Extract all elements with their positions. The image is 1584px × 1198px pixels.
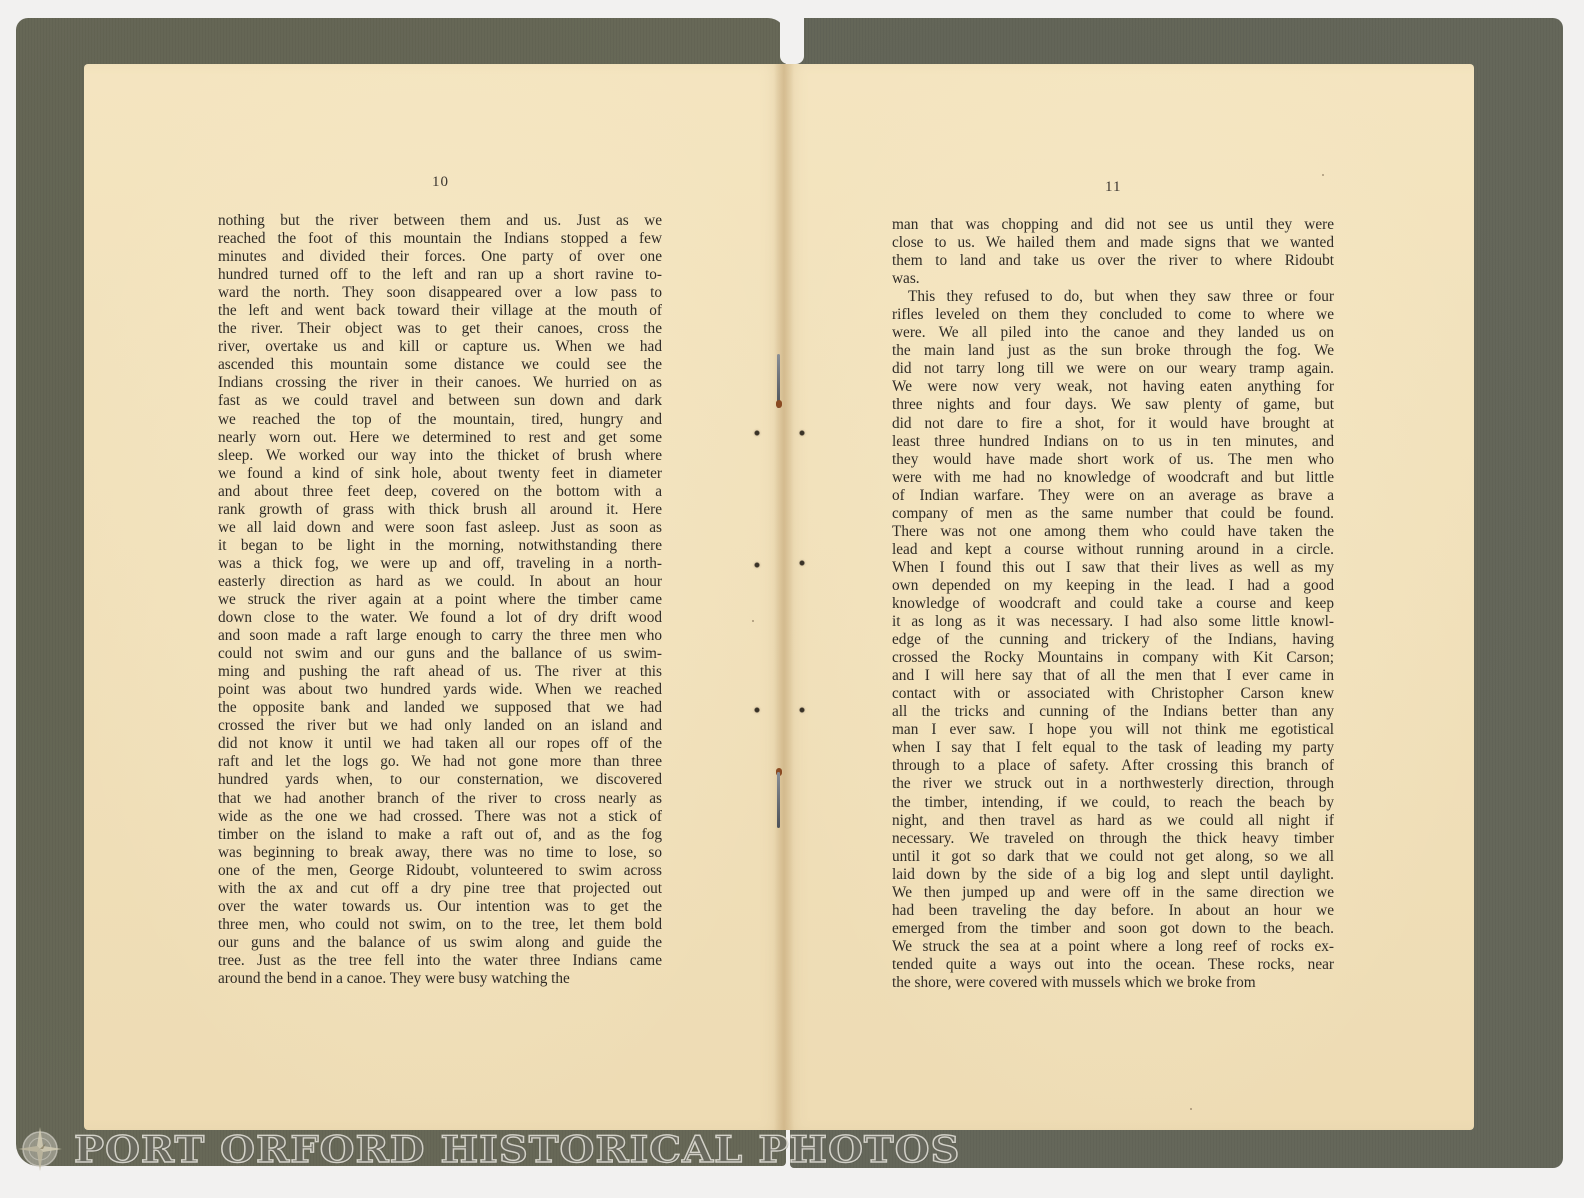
- text-line: did not dare to fire a shot, for it woul…: [892, 415, 1334, 433]
- text-line: and about three feet deep, covered on th…: [218, 483, 662, 501]
- text-line: were with me had no knowledge of woodcra…: [892, 469, 1334, 487]
- text-line: own depended on my keeping in the lead. …: [892, 577, 1334, 595]
- text-line: contact with or associated with Christop…: [892, 685, 1334, 703]
- cover-tear: [780, 14, 804, 64]
- spine-fold: [774, 64, 794, 1130]
- text-line: we found a kind of sink hole, about twen…: [218, 465, 662, 483]
- text-line: all the tricks and cunning of the Indian…: [892, 703, 1334, 721]
- text-line: tended quite a ways out into the ocean. …: [892, 956, 1334, 974]
- text-line: laid down by the side of a big log and s…: [892, 866, 1334, 884]
- text-line: man that was chopping and did not see us…: [892, 216, 1334, 234]
- text-line: rifles leveled on them they concluded to…: [892, 306, 1334, 324]
- text-line: knowledge of woodcraft and could take a …: [892, 595, 1334, 613]
- text-line: was a thick fog, we were up and off, tra…: [218, 555, 662, 573]
- text-line: minutes and divided their forces. One pa…: [218, 248, 662, 266]
- text-line: the opposite bank and landed we supposed…: [218, 699, 662, 717]
- text-line: we reached the top of the mountain, tire…: [218, 411, 662, 429]
- text-line: emerged from the timber and soon got dow…: [892, 920, 1334, 938]
- text-line: necessary. We traveled on through the th…: [892, 830, 1334, 848]
- text-line: we all laid down and were soon fast asle…: [218, 519, 662, 537]
- text-line: did not know it until we had taken all o…: [218, 735, 662, 753]
- text-line: three men, who could not swim, on to the…: [218, 916, 662, 934]
- text-line: them to land and take us over the river …: [892, 252, 1334, 270]
- text-line: ming and pushing the raft ahead of us. T…: [218, 663, 662, 681]
- text-line: of Indian warfare. They were on an avera…: [892, 487, 1334, 505]
- text-line: tree. Just as the tree fell into the wat…: [218, 952, 662, 970]
- text-line: point was about two hundred yards wide. …: [218, 681, 662, 699]
- text-line: that we had another branch of the river …: [218, 790, 662, 808]
- paper-speck: [1190, 1108, 1192, 1110]
- text-line: was.: [892, 270, 1334, 288]
- text-line: rank growth of grass with thick brush al…: [218, 501, 662, 519]
- text-line: did not tarry long till we were on our w…: [892, 360, 1334, 378]
- text-line: we struck the river again at a point whe…: [218, 591, 662, 609]
- text-line: were. We all piled into the canoe and th…: [892, 324, 1334, 342]
- text-line: ascended this mountain some distance we …: [218, 356, 662, 374]
- compass-rose-icon: [16, 1125, 64, 1173]
- text-line: and soon made a raft large enough to car…: [218, 627, 662, 645]
- text-line: crossed the river but we had only landed…: [218, 717, 662, 735]
- text-line: over the water towards us. Our intention…: [218, 898, 662, 916]
- text-line: edge of the cunning and trickery of the …: [892, 631, 1334, 649]
- page-number-left: 10: [432, 174, 449, 191]
- text-line: reached the foot of this mountain the In…: [218, 230, 662, 248]
- text-line: easterly direction as hard as we could. …: [218, 573, 662, 591]
- text-line: least three hundred Indians on to us in …: [892, 433, 1334, 451]
- text-line: When I found this out I saw that their l…: [892, 559, 1334, 577]
- text-line: they would have made short work of us. T…: [892, 451, 1334, 469]
- text-line: until it got so dark that we could not g…: [892, 848, 1334, 866]
- text-line: We were now very weak, not having eaten …: [892, 378, 1334, 396]
- text-line: crossed the Rocky Mountains in company w…: [892, 649, 1334, 667]
- text-line: one of the men, George Ridoubt, voluntee…: [218, 862, 662, 880]
- text-line: the river we struck out in a northwester…: [892, 775, 1334, 793]
- staple-bottom: [777, 772, 780, 828]
- text-line: down close to the water. We found a lot …: [218, 609, 662, 627]
- text-line: sleep. We worked our way into the thicke…: [218, 447, 662, 465]
- text-line: and I will here say that of all the men …: [892, 667, 1334, 685]
- text-line: it began to be light in the morning, not…: [218, 537, 662, 555]
- text-line: could not swim and our guns and the ball…: [218, 645, 662, 663]
- stitch-hole: [752, 560, 762, 570]
- text-line: hundred turned off to the left and ran u…: [218, 266, 662, 284]
- text-line: ward the north. They soon disappeared ov…: [218, 284, 662, 302]
- text-line: was beginning to break away, there was n…: [218, 844, 662, 862]
- text-line: nothing but the river between them and u…: [218, 212, 662, 230]
- text-line: the timber, intending, if we could, to r…: [892, 794, 1334, 812]
- text-line: three nights and four days. We saw plent…: [892, 396, 1334, 414]
- text-line: the left and went back toward their vill…: [218, 302, 662, 320]
- watermark: PORT ORFORD HISTORICAL PHOTOS: [16, 1124, 960, 1174]
- stitch-hole: [797, 705, 807, 715]
- text-line: We then jumped up and were off in the sa…: [892, 884, 1334, 902]
- text-line: fast as we could travel and between sun …: [218, 392, 662, 410]
- text-line: company of men as the same number that c…: [892, 505, 1334, 523]
- text-line: There was not one among them who could h…: [892, 523, 1334, 541]
- text-line: lead and kept a course without running a…: [892, 541, 1334, 559]
- text-line: had been traveling the day before. In ab…: [892, 902, 1334, 920]
- text-line: when I say that I felt equal to the task…: [892, 739, 1334, 757]
- text-line: with the ax and cut off a dry pine tree …: [218, 880, 662, 898]
- text-line: it as long as it was necessary. I had al…: [892, 613, 1334, 631]
- text-line: wide as the one we had crossed. There wa…: [218, 808, 662, 826]
- paper-speck: [752, 620, 754, 622]
- text-line: the shore, were covered with mussels whi…: [892, 974, 1334, 992]
- text-line: close to us. We hailed them and made sig…: [892, 234, 1334, 252]
- stitch-hole: [797, 428, 807, 438]
- text-line: the main land just as the sun broke thro…: [892, 342, 1334, 360]
- text-line: This they refused to do, but when they s…: [892, 288, 1334, 306]
- stitch-hole: [752, 428, 762, 438]
- text-line: through to a place of safety. After cros…: [892, 757, 1334, 775]
- text-line: man I ever saw. I hope you will not thin…: [892, 721, 1334, 739]
- paper-speck: [1322, 174, 1324, 176]
- text-line: our guns and the balance of us swim alon…: [218, 934, 662, 952]
- text-line: We struck the sea at a point where a lon…: [892, 938, 1334, 956]
- text-line: around the bend in a canoe. They were bu…: [218, 970, 662, 988]
- text-line: Indians crossing the river in their cano…: [218, 374, 662, 392]
- text-line: hundred yards when, to our consternation…: [218, 771, 662, 789]
- page-number-right: 11: [1105, 179, 1121, 196]
- text-line: river, overtake us and kill or capture u…: [218, 338, 662, 356]
- watermark-text: PORT ORFORD HISTORICAL PHOTOS: [74, 1127, 960, 1170]
- text-line: the river. Their object was to get their…: [218, 320, 662, 338]
- stitch-hole: [797, 558, 807, 568]
- right-page-text: man that was chopping and did not see us…: [892, 216, 1334, 992]
- text-line: nearly worn out. Here we determined to r…: [218, 429, 662, 447]
- text-line: raft and let the logs go. We had not gon…: [218, 753, 662, 771]
- text-line: night, and then travel as hard as we cou…: [892, 812, 1334, 830]
- stitch-hole: [752, 705, 762, 715]
- text-line: timber on the island to make a raft out …: [218, 826, 662, 844]
- staple-rust-icon: [776, 400, 782, 408]
- left-page-text: nothing but the river between them and u…: [218, 212, 662, 988]
